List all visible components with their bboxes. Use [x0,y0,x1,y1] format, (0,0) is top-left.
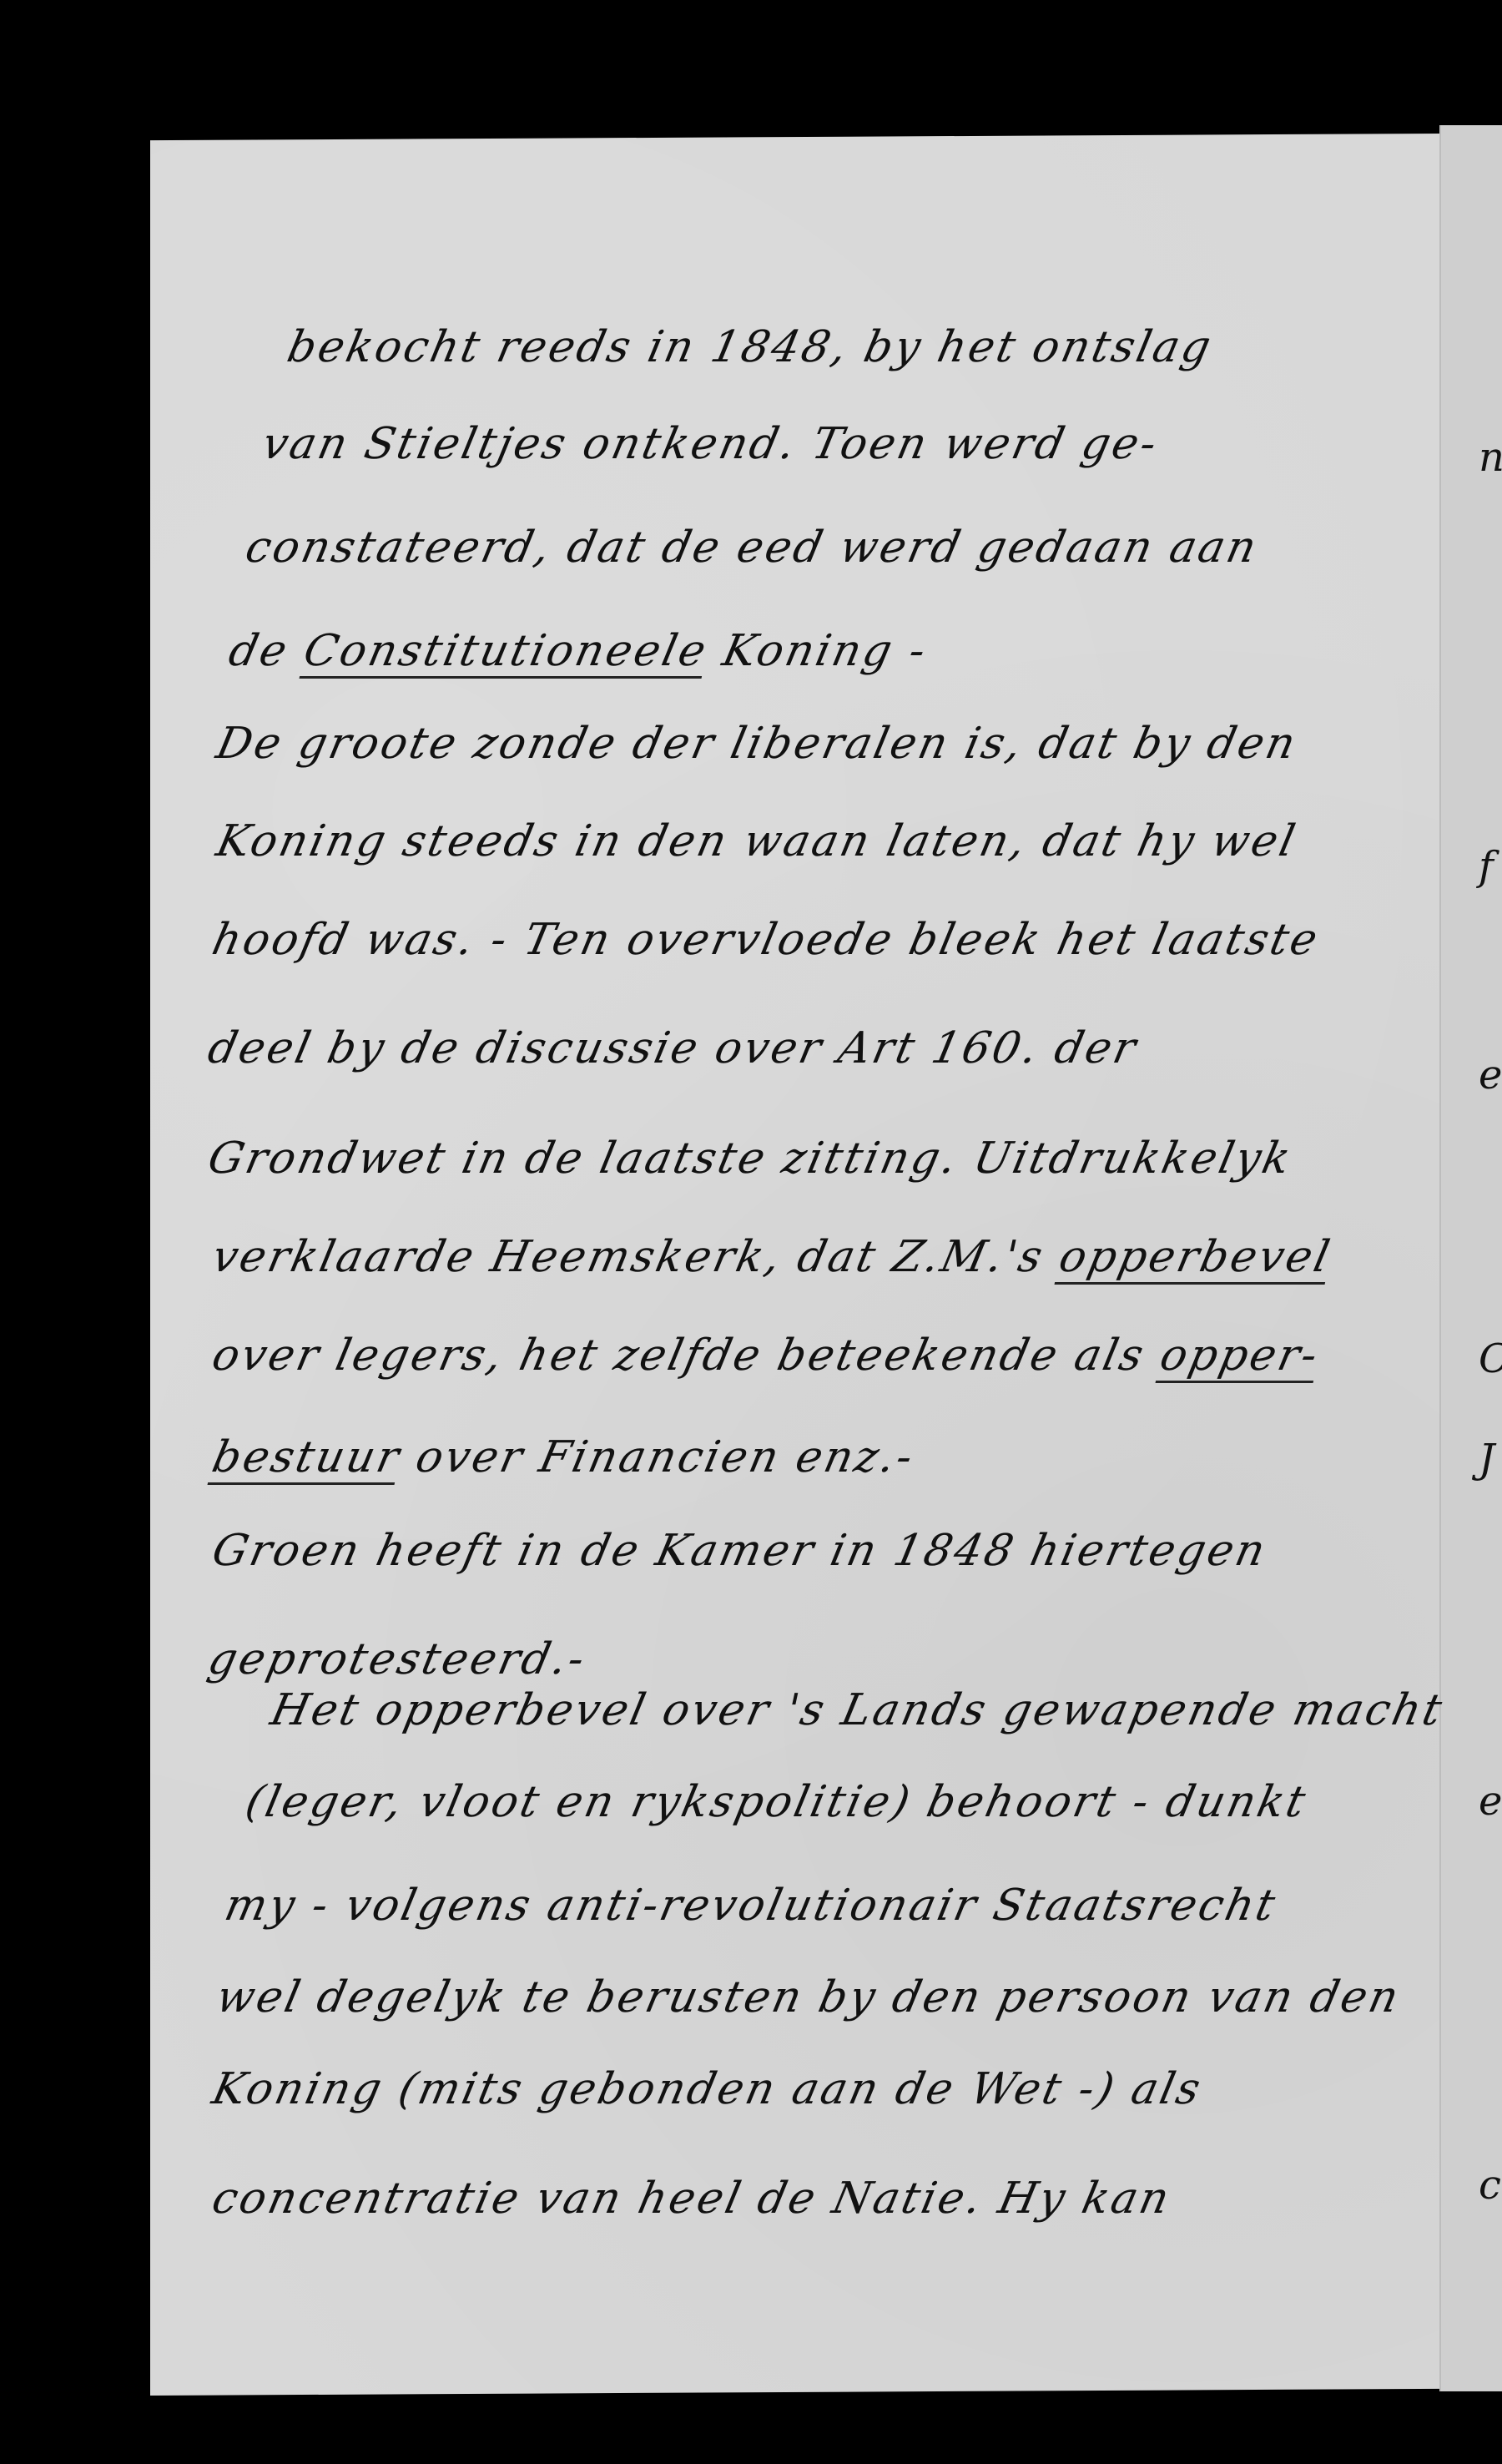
text-line: geprotesteerd.- [204,1638,591,1681]
line-text: Grondwet in de laatste zitting. Uitdrukk… [204,1134,1297,1184]
page-fragment-letter: c [1479,2162,1501,2209]
line-text: de [224,626,310,676]
line-text: wel degelyk te berusten by den persoon v… [212,1972,1405,2022]
text-line: deel by de discussie over Art 160. der [204,1027,1142,1070]
line-text: my - volgens anti-revolutionair Staatsre… [220,1881,1282,1931]
page-fragment-letter: e [1479,1052,1502,1098]
page-fragment-letter: J [1479,1436,1494,1482]
text-line: (leger, vloot en rykspolitie) behoort - … [242,1780,1311,1824]
line-text: hoofd was. - Ten overvloede bleek het la… [208,915,1324,965]
text-line: concentratie van heel de Natie. Hy kan [209,2177,1175,2220]
text-line: Koning steeds in den waan laten, dat hy … [213,820,1301,863]
underlined-text: opperbevel [1054,1232,1336,1285]
page-fragment-letter: C [1479,1336,1502,1382]
text-line: Groen heeft in de Kamer in 1848 hiertege… [209,1529,1271,1573]
line-text: over legers, het zelfde beteekende als [208,1330,1167,1381]
line-text: van Stieltjes ontkend. Toen werd ge- [258,419,1163,469]
page-fragment-letter: n [1479,434,1502,481]
underlined-text: Constitutioneele [299,626,713,679]
text-line: De groote zonde der liberalen is, dat by… [213,722,1302,765]
line-text: concentratie van heel de Natie. Hy kan [208,2174,1176,2224]
line-text: verklaarde Heemskerk, dat Z.M.'s [208,1232,1066,1282]
line-text: Koning (mits gebonden aan de Wet -) als [208,2064,1207,2114]
text-line: wel degelyk te berusten by den persoon v… [213,1976,1404,2019]
line-text: Koning - [702,626,932,676]
text-line: van Stieltjes ontkend. Toen werd ge- [259,422,1162,466]
page-fragment-letter: f [1479,843,1494,890]
line-text: bekocht reeds in 1848, by het ontslag [283,322,1217,372]
text-line: verklaarde Heemskerk, dat Z.M.'s opperbe… [209,1235,1335,1279]
line-text: constateerd, dat de eed werd gedaan aan [241,523,1263,573]
line-text: deel by de discussie over Art 160. der [204,1023,1142,1073]
text-line: Grondwet in de laatste zitting. Uitdrukk… [204,1137,1296,1180]
text-line: de Constitutioneele Koning - [225,629,931,673]
text-line: hoofd was. - Ten overvloede bleek het la… [209,918,1323,962]
line-text: Koning steeds in den waan laten, dat hy … [212,816,1302,866]
text-line: bestuur over Financien enz.- [209,1436,919,1479]
page-fragment-letter: e [1479,1778,1502,1825]
text-line: constateerd, dat de eed werd gedaan aan [242,526,1263,569]
line-text: geprotesteerd.- [204,1634,591,1684]
text-line: over legers, het zelfde beteekende als o… [209,1334,1323,1377]
line-text: (leger, vloot en rykspolitie) behoort - … [241,1777,1312,1827]
text-line: bekocht reeds in 1848, by het ontslag [284,326,1217,369]
line-text: De groote zonde der liberalen is, dat by… [212,719,1302,769]
line-text: over Financien enz.- [396,1432,920,1482]
underlined-text: opper- [1155,1330,1323,1383]
text-line: my - volgens anti-revolutionair Staatsre… [221,1884,1281,1927]
text-line: Het opperbevel over 's Lands gewapende m… [267,1689,1448,1732]
underlined-text: bestuur [208,1432,406,1485]
line-text: Groen heeft in de Kamer in 1848 hiertege… [208,1526,1272,1576]
text-line: Koning (mits gebonden aan de Wet -) als [209,2068,1207,2111]
line-text: Het opperbevel over 's Lands gewapende m… [266,1685,1449,1735]
